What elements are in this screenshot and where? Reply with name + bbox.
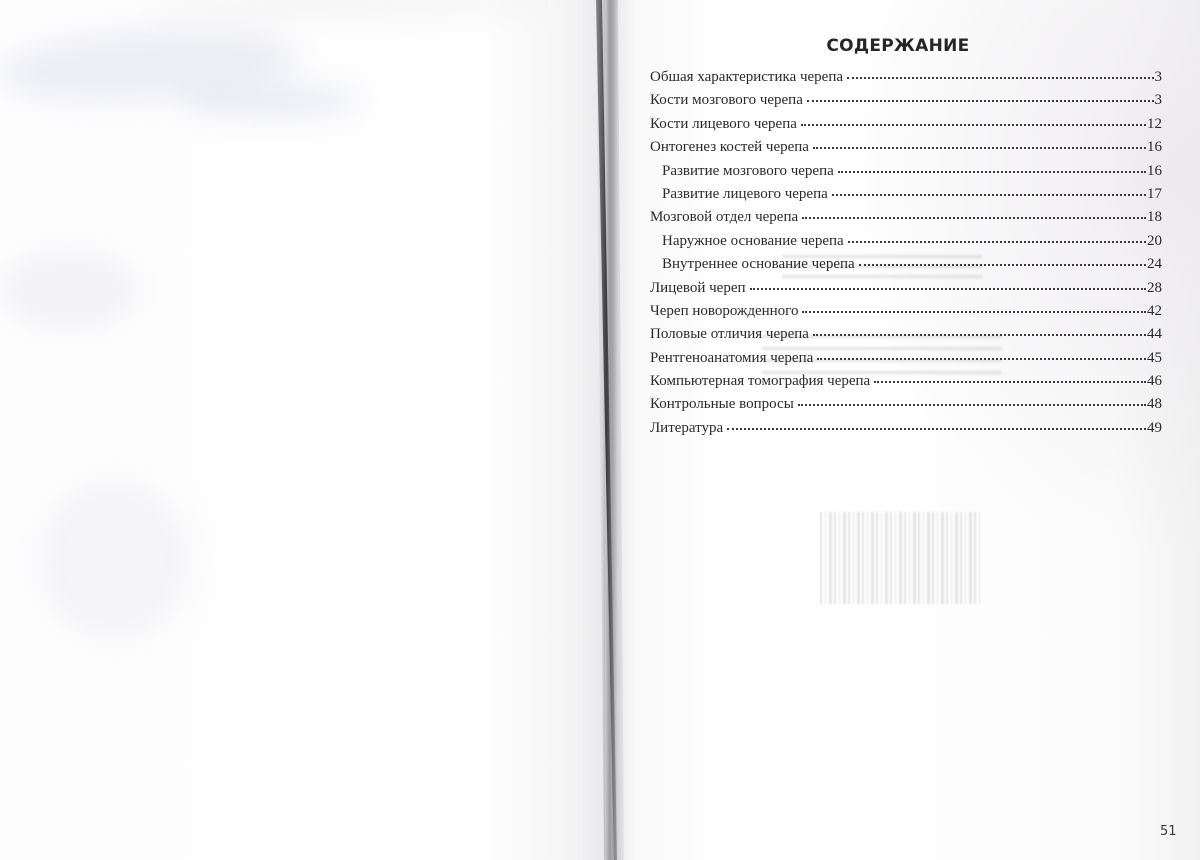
toc-entry-label: Череп новорожденного xyxy=(650,300,802,323)
toc-entry: Обшая характеристика черепа3 xyxy=(650,65,1162,88)
toc-entry-page: 3 xyxy=(1154,66,1163,89)
toc-entry-page: 17 xyxy=(1146,183,1162,206)
toc-dot-leader xyxy=(848,227,1146,243)
toc-dot-leader xyxy=(847,63,1153,79)
toc-entry: Мозговой отдел черепа18 xyxy=(650,205,1162,228)
toc-entry-page: 42 xyxy=(1146,300,1162,323)
toc-title: СОДЕРЖАНИЕ xyxy=(612,36,1184,56)
toc-entry: Онтогенез костей черепа16 xyxy=(650,135,1162,158)
toc-dot-leader xyxy=(813,320,1146,336)
toc-entry-label: Онтогенез костей черепа xyxy=(650,136,813,159)
toc-dot-leader xyxy=(859,250,1146,266)
toc-dot-leader xyxy=(750,274,1146,290)
toc-entry-label: Лицевой череп xyxy=(650,277,750,300)
toc-dot-leader xyxy=(874,367,1146,383)
toc-entry: Кости мозгового черепа3 xyxy=(650,88,1162,111)
toc-entry: Развитие мозгового черепа16 xyxy=(650,159,1162,182)
bleed-through-barcode xyxy=(820,512,980,604)
toc-entry-label: Кости лицевого черепа xyxy=(650,113,801,136)
toc-entry: Череп новорожденного42 xyxy=(650,299,1162,322)
toc-entry-page: 46 xyxy=(1146,370,1162,393)
toc-entry: Лицевой череп28 xyxy=(650,276,1162,299)
toc-entry-label: Мозговой отдел черепа xyxy=(650,206,802,229)
toc-entry: Рентгеноанатомия черепа45 xyxy=(650,346,1162,369)
toc-entry-page: 24 xyxy=(1146,253,1162,276)
toc-entry-page: 49 xyxy=(1146,417,1162,440)
paper-smudge xyxy=(40,480,190,640)
left-page xyxy=(0,0,605,860)
spine-fold-line xyxy=(590,0,630,860)
paper-smudge xyxy=(180,85,360,115)
toc-dot-leader xyxy=(807,86,1154,102)
toc-entry: Наружное основание черепа20 xyxy=(650,229,1162,252)
toc-entry-page: 12 xyxy=(1146,113,1162,136)
toc-entry: Литература49 xyxy=(650,416,1162,439)
paper-smudge xyxy=(0,20,302,111)
page-number: 51 xyxy=(1160,824,1177,839)
toc-dot-leader xyxy=(838,157,1146,173)
toc-entry-label: Рентгеноанатомия черепа xyxy=(650,347,817,370)
toc-entry-label: Половые отличия черепа xyxy=(650,323,813,346)
toc-entry-label: Кости мозгового черепа xyxy=(650,89,807,112)
toc-entry-page: 20 xyxy=(1146,230,1162,253)
toc-dot-leader xyxy=(798,390,1146,406)
toc-dot-leader xyxy=(801,110,1146,126)
toc-entry-page: 18 xyxy=(1146,206,1162,229)
toc-entry-page: 16 xyxy=(1146,160,1162,183)
toc-dot-leader xyxy=(832,180,1146,196)
book-spine xyxy=(590,0,630,860)
toc-entry: Компьютерная томография черепа46 xyxy=(650,369,1162,392)
toc-entry-page: 45 xyxy=(1146,347,1162,370)
toc-entry-label: Литература xyxy=(650,417,727,440)
toc-entry-label: Наружное основание черепа xyxy=(662,230,848,253)
toc-entry-label: Развитие мозгового черепа xyxy=(662,160,838,183)
paper-smudge xyxy=(140,0,540,10)
toc-dot-leader xyxy=(802,203,1146,219)
toc-dot-leader xyxy=(727,414,1146,430)
toc-entry-page: 16 xyxy=(1146,136,1162,159)
table-of-contents: Обшая характеристика черепа3Кости мозгов… xyxy=(650,65,1162,439)
toc-entry: Развитие лицевого черепа17 xyxy=(650,182,1162,205)
toc-entry-page: 44 xyxy=(1146,323,1162,346)
toc-dot-leader xyxy=(817,344,1146,360)
toc-dot-leader xyxy=(802,297,1146,313)
toc-entry: Половые отличия черепа44 xyxy=(650,322,1162,345)
toc-entry: Внутреннее основание черепа24 xyxy=(650,252,1162,275)
toc-entry: Кости лицевого черепа12 xyxy=(650,112,1162,135)
toc-entry: Контрольные вопросы48 xyxy=(650,392,1162,415)
toc-entry-page: 28 xyxy=(1146,277,1162,300)
paper-smudge xyxy=(0,250,140,330)
toc-entry-page: 3 xyxy=(1154,89,1163,112)
toc-entry-page: 48 xyxy=(1146,393,1162,416)
toc-dot-leader xyxy=(813,133,1146,149)
book-spread: СОДЕРЖАНИЕ Обшая характеристика черепа3К… xyxy=(0,0,1200,860)
